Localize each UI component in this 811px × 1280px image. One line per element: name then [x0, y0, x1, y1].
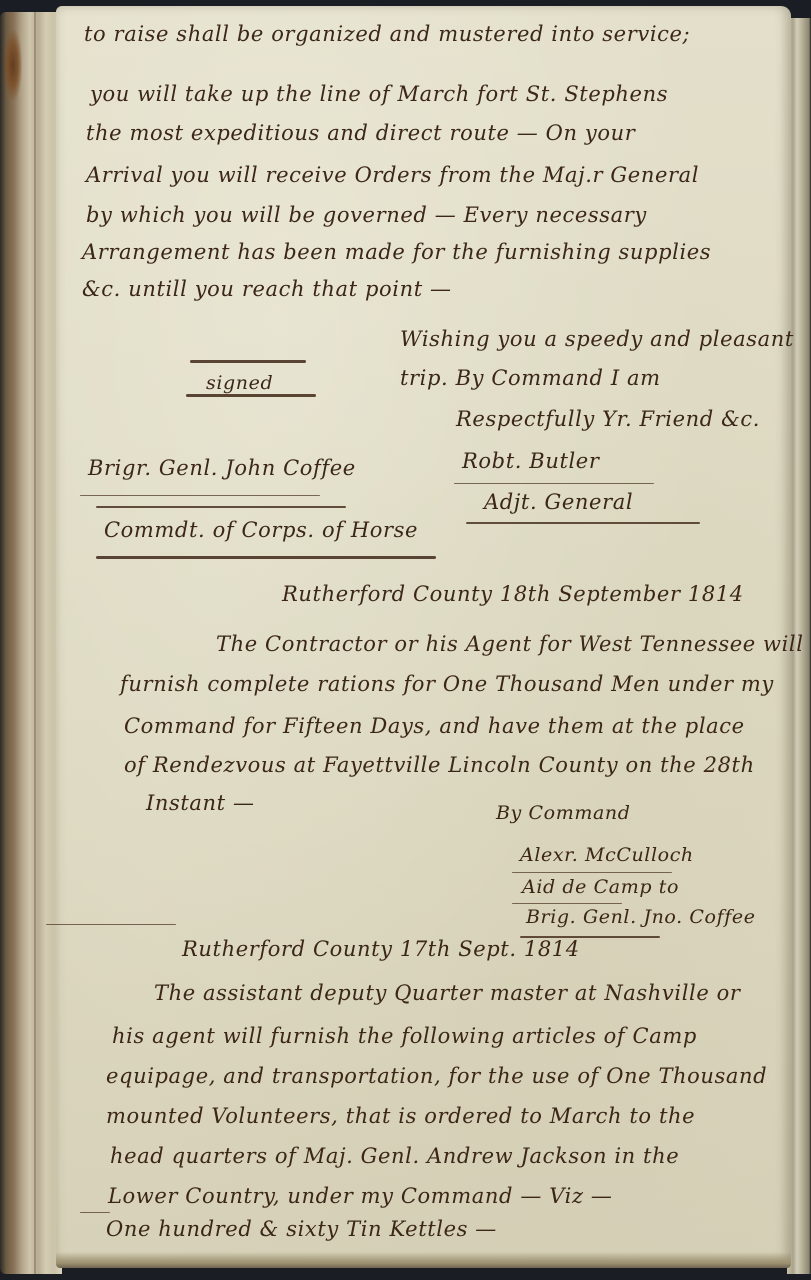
signature-title-rule: [466, 522, 700, 524]
signature-title: Adjt. General: [484, 492, 633, 513]
section3-dash: [80, 1212, 110, 1213]
section3-line-2: his agent will furnish the following art…: [112, 1026, 697, 1047]
section2-by-command: By Command: [496, 804, 630, 823]
section3-line-5: head quarters of Maj. Genl. Andrew Jacks…: [110, 1146, 679, 1167]
addressee-rule-2: [96, 506, 346, 508]
closing-line-1: Wishing you a speedy and pleasant: [400, 329, 794, 350]
manuscript-scan: to raise shall be organized and mustered…: [0, 0, 811, 1280]
section3-line-4: mounted Volunteers, that is ordered to M…: [106, 1106, 695, 1127]
addressee-title: Commdt. of Corps. of Horse: [104, 520, 418, 541]
closing-line-3: Respectfully Yr. Friend &c.: [456, 409, 760, 430]
addressee-name: Brigr. Genl. John Coffee: [88, 458, 356, 479]
manuscript-page: to raise shall be organized and mustered…: [56, 6, 791, 1268]
section2-line-3: Command for Fifteen Days, and have them …: [124, 716, 745, 737]
section2-line-1: The Contractor or his Agent for West Ten…: [216, 634, 804, 655]
section1-line-3: the most expeditious and direct route — …: [86, 123, 635, 144]
section2-line-2: furnish complete rations for One Thousan…: [120, 674, 774, 695]
section2-signature-rule-2: [512, 903, 622, 904]
section1-line-5: by which you will be governed — Every ne…: [86, 205, 647, 226]
addressee-title-rule: [96, 556, 436, 559]
signed-rule-bottom: [186, 394, 316, 397]
book-binding: [0, 12, 62, 1274]
section2-signature-2: Aid de Camp to: [522, 878, 679, 897]
section1-line-7: &c. untill you reach that point —: [82, 279, 452, 300]
section2-signature-rule-1: [512, 872, 672, 873]
section1-line-1: to raise shall be organized and mustered…: [84, 24, 690, 45]
section3-line-6: Lower Country, under my Command — Viz —: [108, 1186, 612, 1207]
section2-line-4: of Rendezvous at Fayettville Lincoln Cou…: [124, 755, 755, 776]
section1-line-6: Arrangement has been made for the furnis…: [82, 242, 711, 263]
section3-line-1: The assistant deputy Quarter master at N…: [154, 983, 741, 1004]
section2-heading: Rutherford County 18th September 1814: [282, 584, 744, 605]
section-divider: [46, 924, 176, 925]
section3-line-7: One hundred & sixty Tin Kettles —: [106, 1219, 497, 1240]
section3-heading: Rutherford County 17th Sept. 1814: [182, 939, 580, 960]
closing-line-2: trip. By Command I am: [400, 368, 661, 389]
signed-label: signed: [206, 374, 273, 393]
signed-rule-top: [190, 360, 306, 363]
section2-signature-3: Brig. Genl. Jno. Coffee: [526, 908, 756, 927]
section3-line-3: equipage, and transportation, for the us…: [106, 1066, 767, 1087]
section2-line-5: Instant —: [146, 793, 255, 814]
section1-line-4: Arrival you will receive Orders from the…: [86, 165, 699, 186]
addressee-rule-1: [80, 495, 320, 496]
section1-line-2: you will take up the line of March fort …: [90, 84, 668, 105]
signature-rule: [454, 483, 654, 484]
section2-signature-1: Alexr. McCulloch: [520, 846, 694, 865]
signature-name: Robt. Butler: [462, 451, 599, 472]
